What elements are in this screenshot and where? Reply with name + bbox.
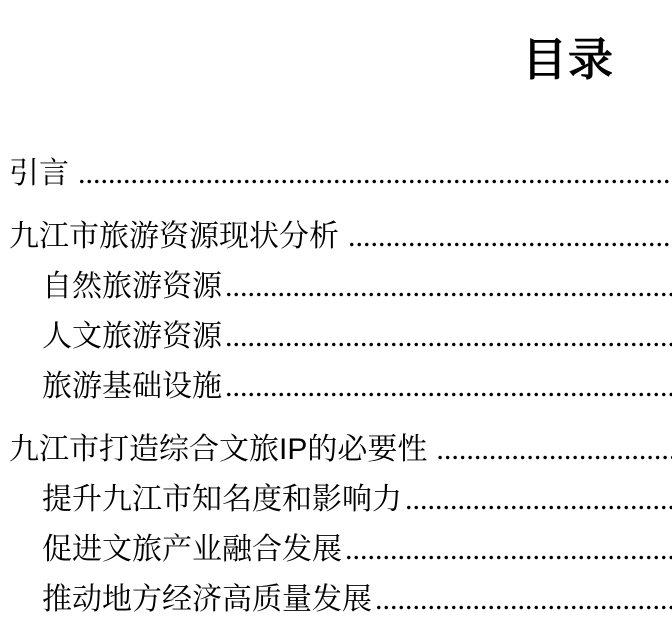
dot-leader: ........................................… [436,425,672,475]
toc-entry[interactable]: 促进文旅产业融合发展..............................… [42,525,672,575]
toc-entry-label: 自然旅游资源 [42,262,222,312]
toc-entry[interactable]: 引言......................................… [9,149,672,199]
toc-entry[interactable]: 九江市打造综合文旅IP的必要性.........................… [9,425,672,475]
toc-entry[interactable]: 推动地方经济高质量发展.............................… [42,575,672,625]
toc-entry[interactable]: 自然旅游资源..................................… [42,262,672,312]
dot-leader: ........................................… [225,312,672,362]
toc-entry-label: 引言 [9,149,69,199]
toc-entry-label: 九江市打造综合文旅IP的必要性 [9,425,427,475]
toc-entry[interactable]: 九江市旅游资源现状分析.............................… [9,212,672,262]
toc-entry[interactable]: 旅游基础设施..................................… [42,362,672,412]
toc-entry-label: 九江市旅游资源现状分析 [9,212,339,262]
toc-entry[interactable]: 人文旅游资源..................................… [42,312,672,362]
dot-leader: ........................................… [375,575,672,625]
dot-leader: ........................................… [405,475,672,525]
toc-entry-label: 人文旅游资源 [42,312,222,362]
toc-list: 引言......................................… [0,86,672,625]
dot-leader: ........................................… [345,525,672,575]
toc-entry-label: 推动地方经济高质量发展 [42,575,372,625]
toc-entry-label: 提升九江市知名度和影响力 [42,475,402,525]
toc-title: 目录 [0,34,672,86]
toc-entry-label: 促进文旅产业融合发展 [42,525,342,575]
dot-leader: ........................................… [348,212,672,262]
document-page: 目录 引言...................................… [0,0,672,636]
toc-entry[interactable]: 提升九江市知名度和影响力............................… [42,475,672,525]
dot-leader: ........................................… [78,149,672,199]
toc-entry-label: 旅游基础设施 [42,362,222,412]
dot-leader: ........................................… [225,262,672,312]
dot-leader: ........................................… [225,362,672,412]
